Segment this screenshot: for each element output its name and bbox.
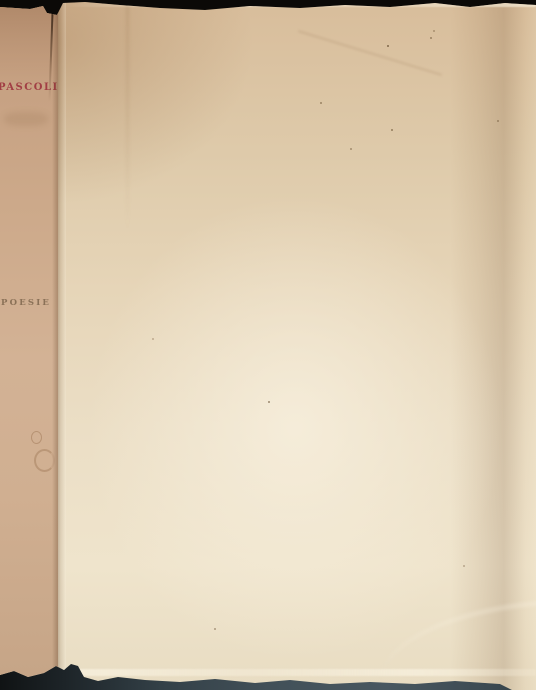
spine-fold-shadow [52,0,66,690]
stamp-mark-icon [31,431,42,444]
foxing-specks [0,0,2,2]
front-cover-paper [0,0,536,690]
torn-edge-highlight [60,2,536,7]
ink-smudge [4,112,48,126]
paper-crease [126,0,129,230]
book-cover: PASCOLI POESIE [0,0,536,690]
spine-title-text: POESIE [1,298,59,308]
book-photo: PASCOLI POESIE [0,0,536,690]
book-spine: PASCOLI POESIE [0,0,58,690]
torn-edge-highlight [60,669,536,676]
